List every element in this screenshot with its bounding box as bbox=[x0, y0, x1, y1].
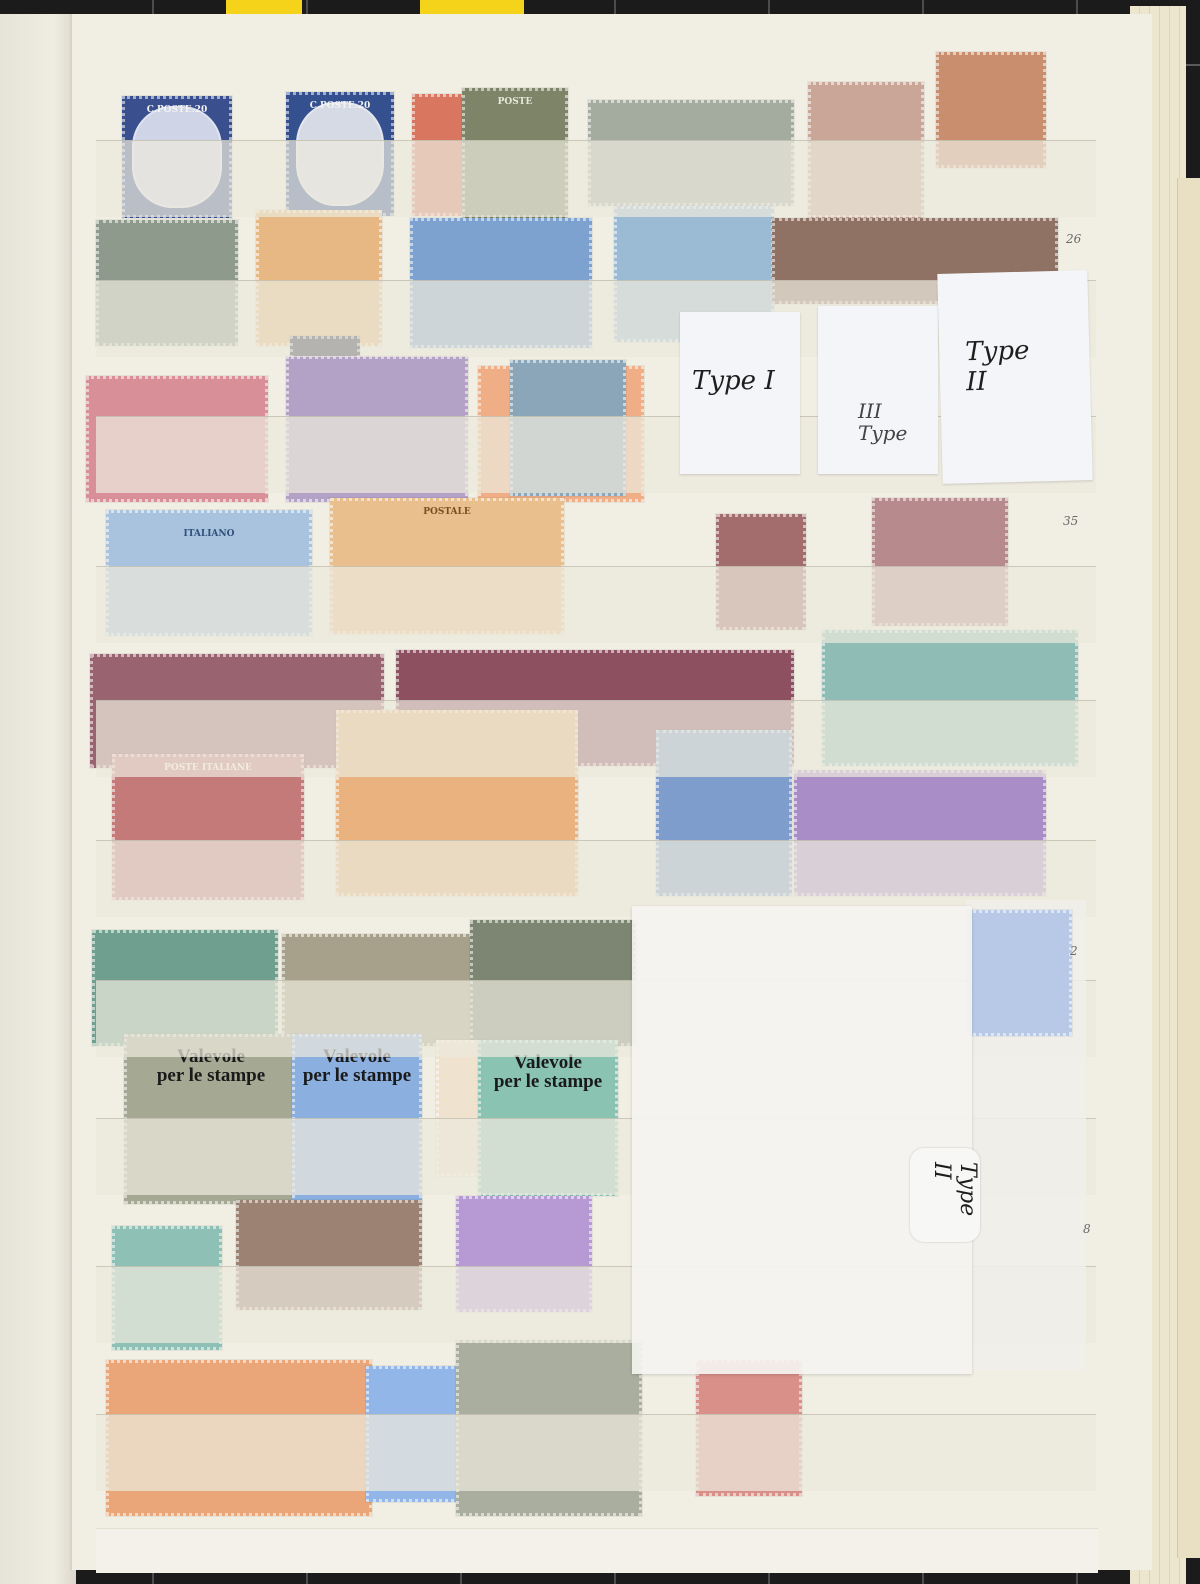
handwritten-label: Type II bbox=[928, 1162, 980, 1216]
margin-note: 8 bbox=[1083, 1222, 1091, 1236]
bottom-band bbox=[96, 1528, 1096, 1573]
label-card-type-iii: III Type bbox=[818, 306, 938, 474]
yellow-tab bbox=[226, 0, 302, 14]
album-left-page bbox=[0, 14, 76, 1584]
stockbook-strip bbox=[96, 140, 1096, 217]
margin-note: 2 bbox=[1070, 944, 1078, 958]
stamp-inscription: POSTE bbox=[465, 97, 565, 107]
yellow-tab bbox=[420, 0, 524, 14]
stockbook-strip bbox=[96, 1414, 1096, 1491]
stamp-inscription: C.POSTE.20 bbox=[125, 105, 229, 115]
overprint-line-2: per le stampe bbox=[127, 1066, 295, 1085]
overprint-line-2: per le stampe bbox=[295, 1066, 419, 1085]
stockbook-strip bbox=[96, 700, 1096, 777]
handwritten-label: Type I bbox=[692, 366, 775, 396]
handwritten-label: Type II bbox=[965, 336, 1031, 398]
margin-note: 35 bbox=[1063, 514, 1078, 528]
stockbook-strip bbox=[96, 566, 1096, 643]
overprint-line-2: per le stampe bbox=[481, 1072, 615, 1091]
glassine-tag: Type II bbox=[910, 1148, 980, 1242]
label-card-type-i: Type I bbox=[680, 312, 800, 474]
stamp-inscription: ITALIANO bbox=[109, 529, 309, 539]
page-index-tab bbox=[1177, 178, 1200, 1558]
stamp-inscription: POSTALE bbox=[333, 507, 561, 517]
margin-note: 26 bbox=[1066, 232, 1081, 246]
handwritten-label: III Type bbox=[858, 400, 907, 444]
overprint-text: Valevole per le stampe bbox=[481, 1053, 615, 1091]
label-card-type-ii: Type II bbox=[937, 270, 1092, 484]
stamp-inscription: C.POSTE.20 bbox=[289, 101, 391, 111]
stamp-franco-bollo-blue bbox=[966, 910, 1072, 1036]
glassine-envelope bbox=[632, 906, 972, 1374]
